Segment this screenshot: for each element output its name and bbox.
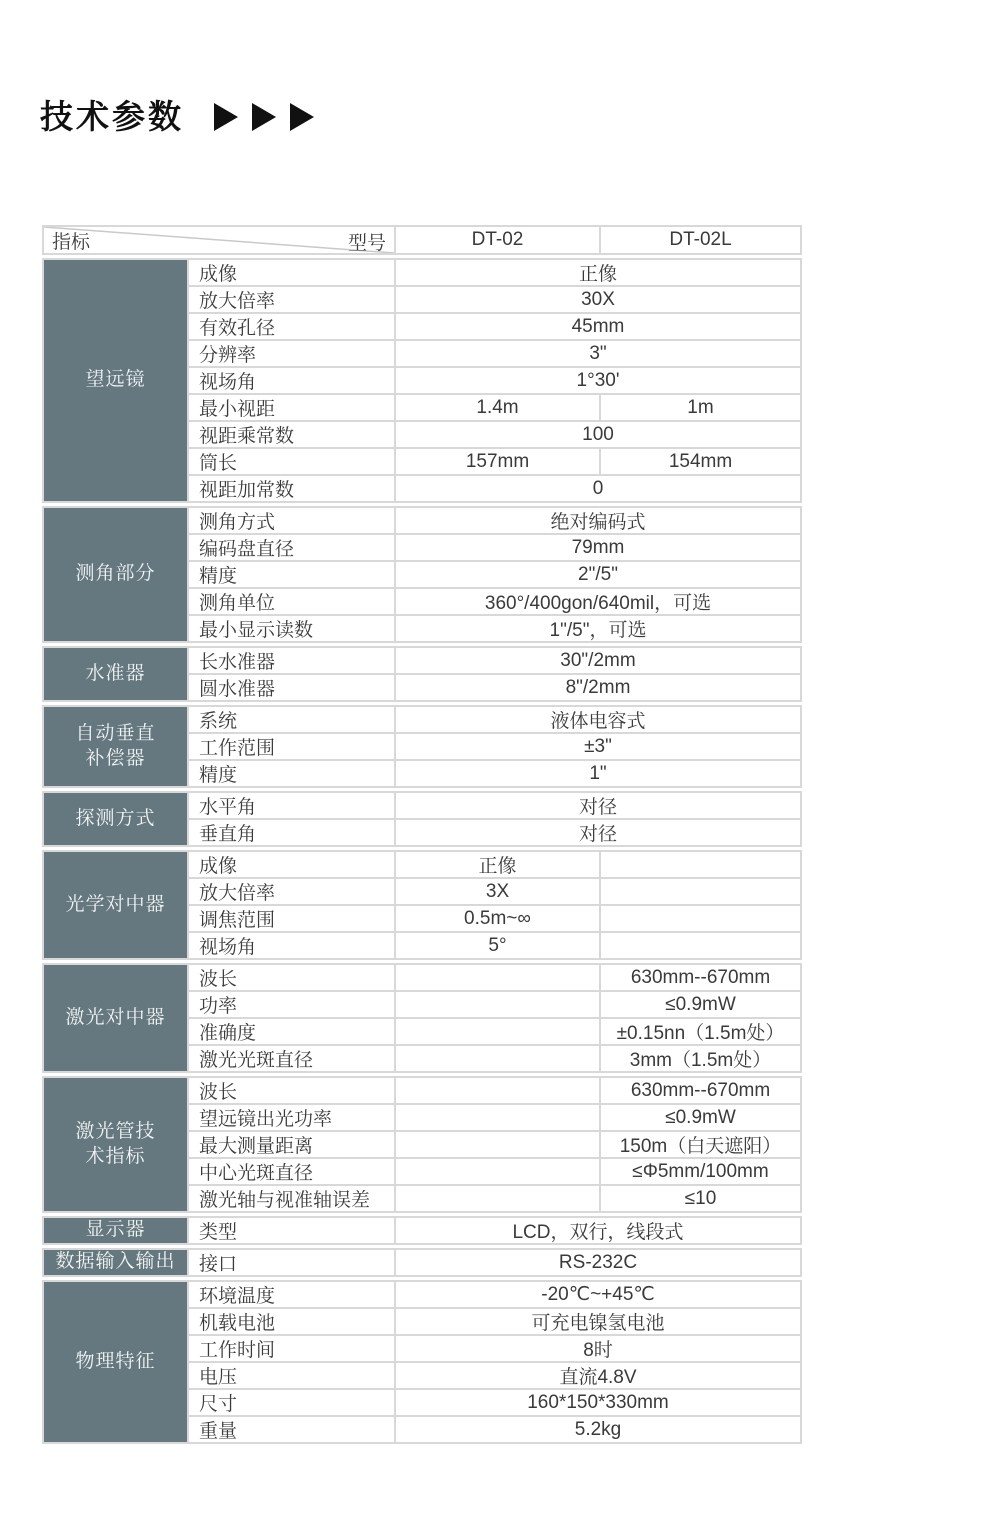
- param-label: 最小显示读数: [189, 616, 394, 641]
- category-cell: 激光管技 术指标: [44, 1078, 187, 1211]
- param-label: 波长: [189, 1078, 394, 1103]
- param-label: 长水准器: [189, 648, 394, 673]
- spec-section: 测角部分测角方式绝对编码式编码盘直径79mm精度2"/5"测角单位360°/40…: [42, 506, 802, 643]
- model-header-dt02l: DT-02L: [601, 227, 800, 253]
- param-label: 调焦范围: [189, 906, 394, 931]
- value-dt02l: [601, 852, 800, 877]
- param-label: 中心光斑直径: [189, 1159, 394, 1184]
- category-cell: 光学对中器: [44, 852, 187, 958]
- param-label: 放大倍率: [189, 879, 394, 904]
- value-both-models: 30"/2mm: [396, 648, 800, 673]
- param-label: 接口: [189, 1250, 394, 1275]
- value-dt02l: 630mm--670mm: [601, 1078, 800, 1103]
- param-label: 重量: [189, 1417, 394, 1442]
- param-label: 筒长: [189, 449, 394, 474]
- value-both-models: 1°30': [396, 368, 800, 393]
- table-header-row: 指标 型号 DT-02 DT-02L: [42, 225, 802, 255]
- param-label: 水平角: [189, 793, 394, 818]
- value-both-models: 对径: [396, 793, 800, 818]
- category-cell: 物理特征: [44, 1282, 187, 1442]
- param-label: 最大测量距离: [189, 1132, 394, 1157]
- spec-section: 数据输入输出接口RS-232C: [42, 1248, 802, 1277]
- param-label: 精度: [189, 562, 394, 587]
- spec-sheet-page: 技术参数 指标 型号 DT-02 DT-02L 望远镜成像正像放大倍率30X有效…: [0, 0, 1000, 1536]
- value-dt02: [396, 1105, 599, 1130]
- value-dt02: 0.5m~∞: [396, 906, 599, 931]
- spec-section: 激光管技 术指标波长630mm--670mm望远镜出光功率≤0.9mW最大测量距…: [42, 1076, 802, 1213]
- value-dt02: 正像: [396, 852, 599, 877]
- spec-section: 望远镜成像正像放大倍率30X有效孔径45mm分辨率3"视场角1°30'最小视距1…: [42, 258, 802, 503]
- table-corner-cell: 指标 型号: [44, 227, 394, 253]
- param-label: 视距加常数: [189, 476, 394, 501]
- value-dt02l: 150m（白天遮阳）: [601, 1132, 800, 1157]
- value-dt02: 1.4m: [396, 395, 599, 420]
- value-both-models: ±3": [396, 734, 800, 759]
- table-sections: 望远镜成像正像放大倍率30X有效孔径45mm分辨率3"视场角1°30'最小视距1…: [42, 258, 802, 1444]
- spec-section: 自动垂直 补偿器系统液体电容式工作范围±3"精度1": [42, 705, 802, 788]
- value-dt02: [396, 1132, 599, 1157]
- category-cell: 显示器: [44, 1218, 187, 1243]
- param-label: 环境温度: [189, 1282, 394, 1307]
- value-both-models: 0: [396, 476, 800, 501]
- value-both-models: LCD，双行，线段式: [396, 1218, 800, 1243]
- value-dt02l: [601, 906, 800, 931]
- param-label: 分辨率: [189, 341, 394, 366]
- page-title-row: 技术参数: [40, 100, 314, 133]
- param-label: 工作范围: [189, 734, 394, 759]
- value-both-models: 直流4.8V: [396, 1363, 800, 1388]
- diagonal-divider-line: [44, 227, 394, 253]
- param-label: 测角单位: [189, 589, 394, 614]
- param-label: 机载电池: [189, 1309, 394, 1334]
- param-label: 激光光斑直径: [189, 1046, 394, 1071]
- param-label: 最小视距: [189, 395, 394, 420]
- param-label: 系统: [189, 707, 394, 732]
- value-both-models: 8"/2mm: [396, 675, 800, 700]
- value-dt02: [396, 992, 599, 1017]
- value-dt02l: 3mm（1.5m处）: [601, 1046, 800, 1071]
- value-both-models: 液体电容式: [396, 707, 800, 732]
- value-both-models: 5.2kg: [396, 1417, 800, 1442]
- param-label: 激光轴与视准轴误差: [189, 1186, 394, 1211]
- value-dt02l: ≤0.9mW: [601, 1105, 800, 1130]
- value-dt02: 5°: [396, 933, 599, 958]
- value-dt02l: ±0.15nn（1.5m处）: [601, 1019, 800, 1044]
- arrow-right-icon: [252, 102, 276, 132]
- value-dt02l: [601, 933, 800, 958]
- category-cell: 激光对中器: [44, 965, 187, 1071]
- param-label: 电压: [189, 1363, 394, 1388]
- value-dt02l: 1m: [601, 395, 800, 420]
- value-both-models: -20℃~+45℃: [396, 1282, 800, 1307]
- param-label: 工作时间: [189, 1336, 394, 1361]
- param-label: 功率: [189, 992, 394, 1017]
- value-both-models: 360°/400gon/640mil，可选: [396, 589, 800, 614]
- value-dt02: 157mm: [396, 449, 599, 474]
- value-both-models: 8时: [396, 1336, 800, 1361]
- arrow-right-icon: [214, 102, 238, 132]
- arrow-right-icon: [290, 102, 314, 132]
- corner-label-indicator: 指标: [52, 227, 90, 254]
- value-dt02: [396, 1019, 599, 1044]
- value-both-models: 对径: [396, 820, 800, 845]
- spec-section: 显示器类型LCD，双行，线段式: [42, 1216, 802, 1245]
- value-dt02: 3X: [396, 879, 599, 904]
- corner-label-model: 型号: [348, 227, 386, 255]
- value-dt02l: ≤10: [601, 1186, 800, 1211]
- value-both-models: 绝对编码式: [396, 508, 800, 533]
- category-cell: 测角部分: [44, 508, 187, 641]
- value-both-models: 2"/5": [396, 562, 800, 587]
- param-label: 成像: [189, 260, 394, 285]
- param-label: 波长: [189, 965, 394, 990]
- param-label: 有效孔径: [189, 314, 394, 339]
- value-dt02: [396, 1078, 599, 1103]
- param-label: 望远镜出光功率: [189, 1105, 394, 1130]
- page-title: 技术参数: [40, 100, 184, 133]
- spec-section: 激光对中器波长630mm--670mm功率≤0.9mW准确度±0.15nn（1.…: [42, 963, 802, 1073]
- value-both-models: 3": [396, 341, 800, 366]
- spec-section: 探测方式水平角对径垂直角对径: [42, 791, 802, 847]
- param-label: 精度: [189, 761, 394, 786]
- spec-section: 水准器长水准器30"/2mm圆水准器8"/2mm: [42, 646, 802, 702]
- value-dt02: [396, 1159, 599, 1184]
- value-dt02l: [601, 879, 800, 904]
- value-dt02l: ≤Φ5mm/100mm: [601, 1159, 800, 1184]
- param-label: 类型: [189, 1218, 394, 1243]
- value-both-models: 1"/5"，可选: [396, 616, 800, 641]
- value-both-models: 45mm: [396, 314, 800, 339]
- param-label: 准确度: [189, 1019, 394, 1044]
- value-both-models: 30X: [396, 287, 800, 312]
- value-both-models: 可充电镍氢电池: [396, 1309, 800, 1334]
- title-triple-arrow-icon: [214, 102, 314, 132]
- param-label: 视场角: [189, 368, 394, 393]
- param-label: 编码盘直径: [189, 535, 394, 560]
- value-dt02: [396, 965, 599, 990]
- param-label: 视距乘常数: [189, 422, 394, 447]
- value-both-models: 正像: [396, 260, 800, 285]
- spec-section: 光学对中器成像正像放大倍率3X调焦范围0.5m~∞视场角5°: [42, 850, 802, 960]
- category-cell: 探测方式: [44, 793, 187, 845]
- param-label: 垂直角: [189, 820, 394, 845]
- category-cell: 水准器: [44, 648, 187, 700]
- value-dt02l: 154mm: [601, 449, 800, 474]
- category-cell: 望远镜: [44, 260, 187, 501]
- param-label: 测角方式: [189, 508, 394, 533]
- param-label: 视场角: [189, 933, 394, 958]
- value-both-models: 100: [396, 422, 800, 447]
- value-dt02: [396, 1046, 599, 1071]
- category-cell: 数据输入输出: [44, 1250, 187, 1275]
- value-dt02l: 630mm--670mm: [601, 965, 800, 990]
- value-both-models: 1": [396, 761, 800, 786]
- value-dt02l: ≤0.9mW: [601, 992, 800, 1017]
- category-cell: 自动垂直 补偿器: [44, 707, 187, 786]
- param-label: 尺寸: [189, 1390, 394, 1415]
- value-both-models: 79mm: [396, 535, 800, 560]
- spec-table: 指标 型号 DT-02 DT-02L 望远镜成像正像放大倍率30X有效孔径45m…: [42, 225, 802, 1444]
- value-both-models: RS-232C: [396, 1250, 800, 1275]
- spec-section: 物理特征环境温度-20℃~+45℃机载电池可充电镍氢电池工作时间8时电压直流4.…: [42, 1280, 802, 1444]
- value-both-models: 160*150*330mm: [396, 1390, 800, 1415]
- model-header-dt02: DT-02: [396, 227, 599, 253]
- value-dt02: [396, 1186, 599, 1211]
- param-label: 圆水准器: [189, 675, 394, 700]
- param-label: 成像: [189, 852, 394, 877]
- param-label: 放大倍率: [189, 287, 394, 312]
